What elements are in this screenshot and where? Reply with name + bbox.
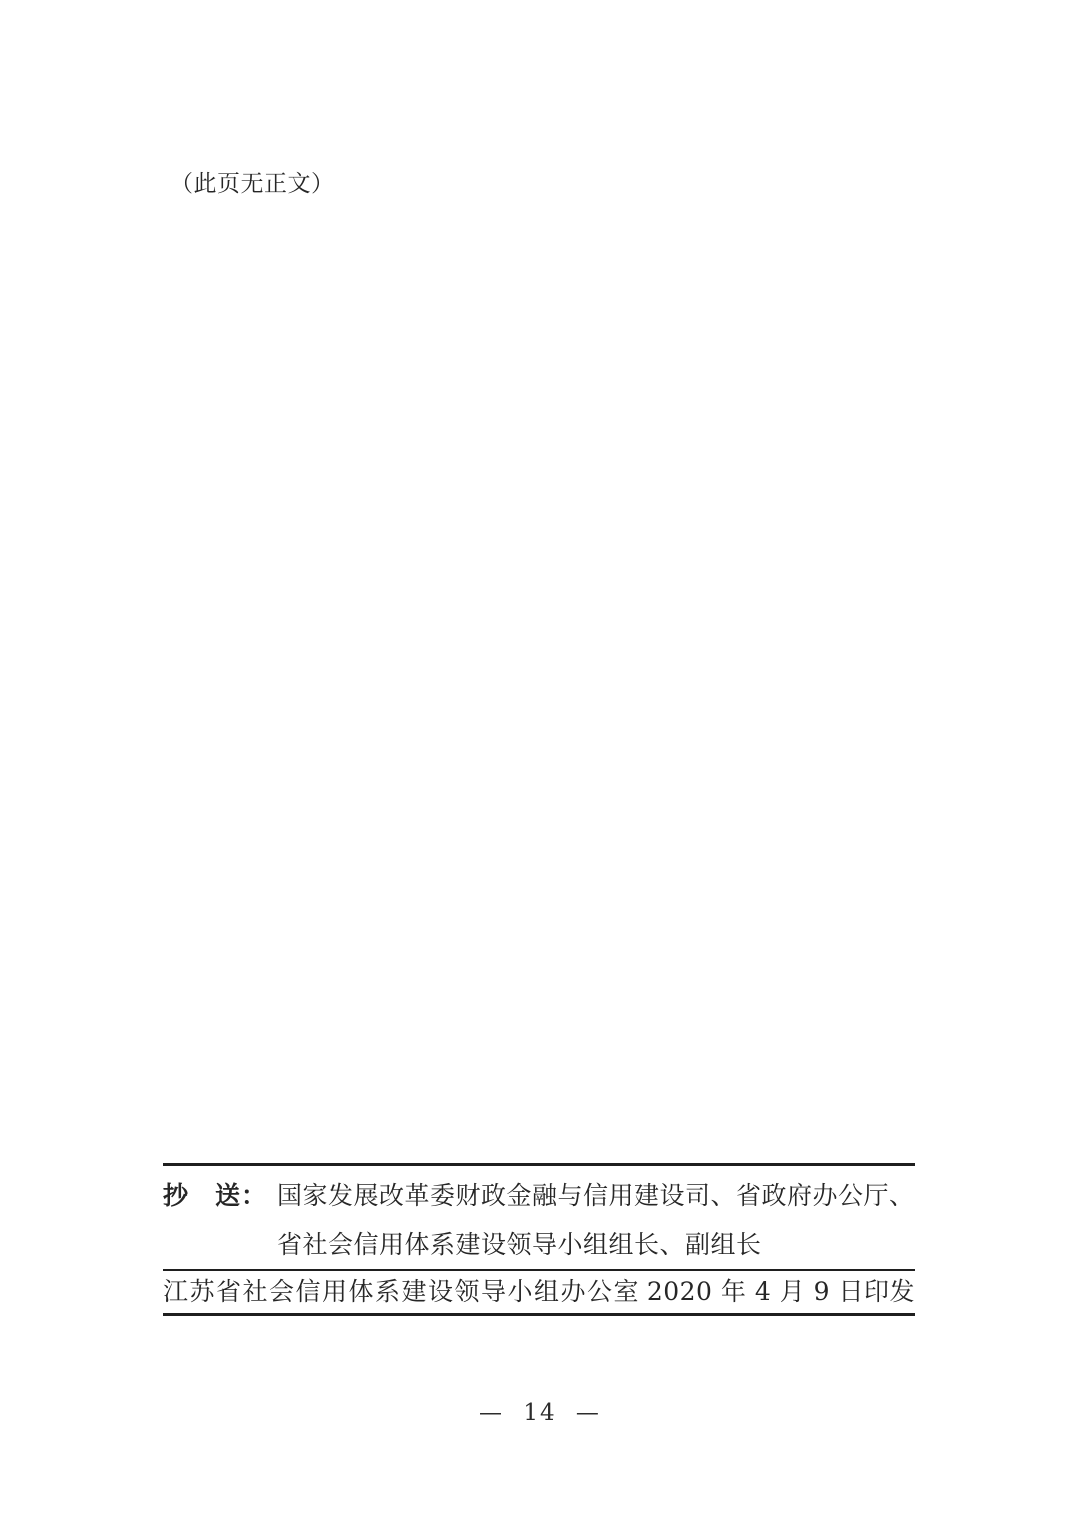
colophon: 抄 送： 国家发展改革委财政金融与信用建设司、省政府办公厅、 省社会信用体系建设…	[163, 1163, 915, 1316]
document-page: （此页无正文） 抄 送： 国家发展改革委财政金融与信用建设司、省政府办公厅、 省…	[0, 0, 1080, 1527]
cc-row: 抄 送： 国家发展改革委财政金融与信用建设司、省政府办公厅、 省社会信用体系建设…	[163, 1166, 915, 1269]
page-number: — 14 —	[0, 1400, 1080, 1426]
cc-recipients-line1: 国家发展改革委财政金融与信用建设司、省政府办公厅、	[277, 1171, 915, 1220]
issuer-row: 江苏省社会信用体系建设领导小组办公室 2020 年 4 月 9 日印发	[163, 1271, 915, 1313]
colophon-bottom-rule	[163, 1313, 915, 1316]
issue-date: 2020 年 4 月 9 日印发	[647, 1272, 915, 1312]
cc-label: 抄 送：	[163, 1171, 277, 1220]
cc-recipients-line2: 省社会信用体系建设领导小组组长、副组长	[277, 1220, 915, 1269]
cc-recipients: 国家发展改革委财政金融与信用建设司、省政府办公厅、 省社会信用体系建设领导小组组…	[277, 1171, 915, 1269]
issuing-office: 江苏省社会信用体系建设领导小组办公室	[163, 1272, 640, 1312]
no-body-text-notice: （此页无正文）	[170, 166, 335, 202]
